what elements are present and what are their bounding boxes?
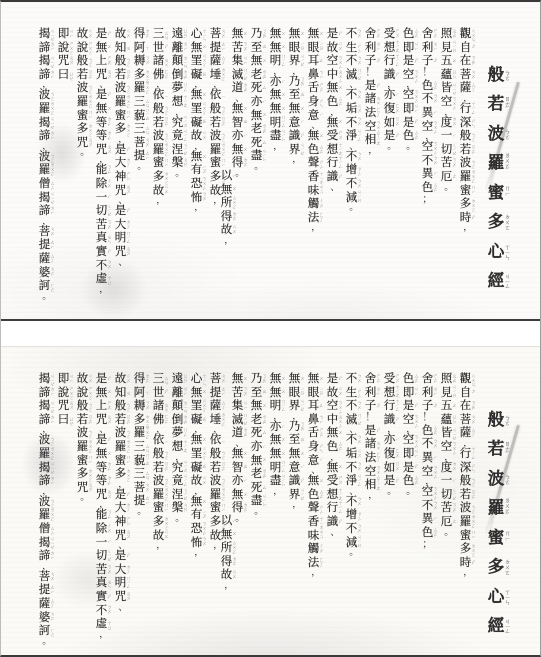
sutra-column-10: 無ㄨˊ眼ㄧㄢˇ界ㄐㄧㄝˋ，乃ㄋㄞˇ至ㄓˋ無ㄨˊ意ㄧˋ識ㄕˋ界ㄐㄧㄝˋ，	[288, 373, 301, 509]
sutra-char: 深ㄕㄣ	[459, 117, 472, 131]
punctuation-mark: ，	[329, 110, 342, 117]
sutra-char: 菩ㄆㄨˊ	[133, 482, 146, 496]
sutra-char: 蜜ㄇㄧˋ	[459, 185, 472, 199]
sutra-char: 智ㄓˋ	[231, 117, 244, 131]
sutra-char: 等ㄉㄥˇ	[95, 475, 108, 489]
sutra-char: 倒ㄉㄠˇ	[171, 414, 184, 428]
sutra-char: 多ㄉㄨㄛ	[459, 198, 472, 212]
sutra-char: 實ㄕˊ	[95, 246, 108, 260]
sutra-column-18: 三ㄙㄢ世ㄕˋ諸ㄓㄨ佛ㄈㄛˊ，依ㄧ般ㄅㄛ若ㄖㄜˇ波ㄅㄛ羅ㄌㄨㄛˊ蜜ㄇㄧˋ多ㄉㄨㄛ故…	[152, 28, 165, 205]
scanned-sutra-sheet: 般ㄅㄛ若ㄖㄜˇ波ㄅㄛ羅ㄌㄨㄛˊ蜜ㄇㄧˋ多ㄉㄨㄛ心ㄒㄧㄣ經ㄐㄧㄥ觀ㄍㄨㄢ自ㄗˋ在ㄗ…	[0, 0, 541, 657]
punctuation-mark: 。	[405, 489, 418, 496]
sutra-char: 無ㄨˊ	[190, 387, 203, 401]
sutra-char: 諸ㄓㄨ	[364, 93, 377, 107]
sutra-column-16: 心ㄒㄧㄣ無ㄨˊ罣ㄍㄨㄚˋ礙ㄞˋ，無ㄨˊ罣ㄍㄨㄚˋ礙ㄞˋ故ㄍㄨˋ，無ㄨˊ有ㄧㄡˇ恐…	[190, 28, 203, 212]
sutra-column-13: 無ㄨˊ苦ㄎㄨˇ集ㄐㄧˊ滅ㄇㄧㄝˋ道ㄉㄠˋ、無ㄨˊ智ㄓˋ亦ㄧˋ無ㄨˊ得ㄉㄜˊ。	[231, 373, 244, 523]
sutra-char: 揭ㄐㄧㄝ	[38, 462, 51, 476]
sutra-char: 蘊ㄩㄣˋ	[440, 69, 453, 83]
sutra-char: 故ㄍㄨˋ	[114, 373, 127, 387]
sutra-char: 耨ㄋㄡˋ	[133, 55, 146, 69]
sutra-char: 蜜ㄇㄧˋ	[76, 110, 89, 124]
sutra-char: 亦ㄧˋ	[231, 130, 244, 144]
sutra-char: 集ㄐㄧˊ	[231, 400, 244, 414]
sutra-char: 無ㄨˊ	[269, 373, 282, 387]
sutra-char: 不ㄅㄨˊ	[421, 500, 434, 514]
sutra-char: 若ㄖㄜˇ	[114, 69, 127, 83]
punctuation-mark: ，	[41, 219, 54, 226]
sutra-char: 乃ㄋㄞˇ	[250, 28, 263, 42]
sutra-char: 波ㄅㄛ	[459, 502, 472, 516]
sutra-char: 藐ㄇㄧㄠˇ	[133, 110, 146, 124]
punctuation-mark: 。	[443, 185, 456, 192]
sutra-char: 般ㄅㄛ	[76, 55, 89, 69]
sutra-char: 三ㄙㄢ	[133, 441, 146, 455]
punctuation-mark: ，	[193, 144, 206, 151]
sutra-char: 波ㄅㄛ	[209, 130, 222, 144]
sutra-char: 遠ㄩㄢˇ	[171, 373, 184, 387]
sutra-char: 恐ㄎㄨㄥˇ	[190, 523, 203, 537]
sutra-char: 依ㄧ	[152, 89, 165, 103]
sutra-char: 生ㄕㄥ	[345, 387, 358, 401]
sutra-char: 如ㄖㄨˊ	[383, 117, 396, 131]
sutra-char: 意ㄧˋ	[288, 462, 301, 476]
sutra-column-3: 舍ㄕㄜˋ利ㄌㄧˋ子ㄗˇ！色ㄙㄜˋ不ㄅㄨˊ異ㄧˋ空ㄎㄨㄥ，空ㄎㄨㄥ不ㄅㄨˊ異ㄧˋ色…	[421, 373, 434, 552]
sutra-char: 照ㄓㄠˋ	[440, 373, 453, 387]
sutra-char: 是ㄕˋ	[402, 117, 415, 131]
sutra-char: 觸ㄔㄨˋ	[307, 543, 320, 557]
sutra-char: 心ㄒㄧㄣ	[190, 373, 203, 387]
sutra-char: 般ㄅㄛ	[114, 400, 127, 414]
punctuation-mark: ，	[117, 482, 130, 489]
sutra-char: 礙ㄞˋ	[190, 462, 203, 476]
sutra-char: 空ㄎㄨㄥ	[402, 434, 415, 448]
sutra-char: 波ㄅㄛ	[76, 427, 89, 441]
punctuation-mark: ，	[41, 564, 54, 571]
sutra-char: 說ㄕㄨㄛ	[76, 42, 89, 56]
sutra-char: 上ㄕㄤˋ	[95, 55, 108, 69]
punctuation-mark: ，	[462, 96, 475, 103]
punctuation-mark: ！	[421, 69, 434, 80]
sutra-char: 色ㄙㄜˋ	[307, 489, 320, 503]
sutra-char: 是ㄕˋ	[114, 550, 127, 564]
sutra-char: 恐ㄎㄨㄥˇ	[190, 178, 203, 192]
sutra-char: 無ㄨˊ	[250, 110, 263, 124]
sutra-char: 般ㄅㄛ	[152, 448, 165, 462]
sutra-char: 如ㄖㄨˊ	[383, 462, 396, 476]
punctuation-mark: ，	[310, 570, 323, 577]
sutra-char: 皆ㄐㄧㄝ	[440, 82, 453, 96]
sutra-column-9: 無ㄨˊ眼ㄧㄢˇ耳ㄦˇ鼻ㄅㄧˊ舌ㄕㄜˊ身ㄕㄣ意ㄧˋ、無ㄨˊ色ㄙㄜˋ聲ㄕㄥ香ㄒㄧㄤ味…	[307, 373, 320, 577]
punctuation-mark: ，	[174, 110, 187, 117]
sutra-column-18: 三ㄙㄢ世ㄕˋ諸ㄓㄨ佛ㄈㄛˊ，依ㄧ般ㄅㄛ若ㄖㄜˇ波ㄅㄛ羅ㄌㄨㄛˊ蜜ㄇㄧˋ多ㄉㄨㄛ故…	[152, 373, 165, 550]
sutra-char: 真ㄓㄣ	[95, 577, 108, 591]
sutra-char: 觸ㄔㄨˋ	[307, 198, 320, 212]
sutra-char: 是ㄕˋ	[364, 80, 377, 94]
sutra-char: 眼ㄧㄢˇ	[288, 387, 301, 401]
sutra-char: 無ㄨˊ	[307, 475, 320, 489]
sutra-char: 聲ㄕㄥ	[307, 157, 320, 171]
sutra-char: 空ㄎㄨㄥ	[402, 89, 415, 103]
sutra-char: 無ㄨˊ	[95, 103, 108, 117]
sutra-char: 集ㄐㄧˊ	[231, 55, 244, 69]
sutra-char: 無ㄨˊ	[231, 489, 244, 503]
sutra-char: 等ㄉㄥˇ	[95, 462, 108, 476]
sutra-char: 三ㄙㄢ	[133, 96, 146, 110]
sutra-char: 依ㄧ	[209, 434, 222, 448]
sutra-column-24: 揭ㄐㄧㄝ諦ㄉㄧˋ揭ㄐㄧㄝ諦ㄉㄧˋ，波ㄅㄛ羅ㄌㄨㄛˊ揭ㄐㄧㄝ諦ㄉㄧˋ，波ㄅㄛ羅ㄌㄨ…	[38, 28, 51, 301]
sutra-char: 是ㄕˋ	[326, 28, 339, 42]
sutra-char: 滅ㄇㄧㄝˋ	[231, 414, 244, 428]
sutra-char: 香ㄒㄧㄤ	[307, 171, 320, 185]
sutra-char: 無ㄨˊ	[269, 89, 282, 103]
sutra-char: 死ㄙˇ	[250, 137, 263, 151]
sutra-char: 老ㄌㄠˇ	[250, 468, 263, 482]
sutra-char: 至ㄓˋ	[288, 89, 301, 103]
sutra-char: 垢ㄍㄡˋ	[345, 103, 358, 117]
punctuation-mark: 、	[117, 260, 130, 267]
sutra-char: 諸ㄓㄨ	[364, 438, 377, 452]
sutra-char: 羅ㄌㄨㄛˊ	[152, 144, 165, 158]
sutra-column-19: 得ㄉㄜˊ阿ㄚ耨ㄋㄡˋ多ㄉㄨㄛ羅ㄌㄨㄛˊ三ㄙㄢ藐ㄇㄧㄠˇ三ㄙㄢ菩ㄆㄨˊ提ㄊㄧˊ。	[133, 373, 146, 516]
sutra-column-23: 即ㄐㄧˊ說ㄕㄨㄛ咒ㄓㄡˋ曰ㄩㄝ	[57, 28, 70, 82]
sutra-column-7: 不ㄅㄨˋ生ㄕㄥ不ㄅㄨˊ滅ㄇㄧㄝˋ、不ㄅㄨˊ垢ㄍㄡˋ不ㄅㄨˊ淨ㄐㄧㄥˋ、不ㄅㄨˋ增…	[345, 373, 358, 557]
sutra-char: 一ㄧˊ	[440, 130, 453, 144]
punctuation-mark: ，	[98, 287, 111, 294]
sutra-char: 空ㄎㄨㄥ	[364, 121, 377, 135]
sutra-char: 無ㄨˊ	[269, 28, 282, 42]
sutra-char: 無ㄨˊ	[190, 42, 203, 56]
sutra-char: 不ㄅㄨˊ	[345, 117, 358, 131]
sutra-char: 三ㄙㄢ	[133, 123, 146, 137]
sutra-column-17: 遠ㄩㄢˇ離ㄌㄧˊ顛ㄉㄧㄢ倒ㄉㄠˇ夢ㄇㄥˋ想ㄒㄧㄤˇ，究ㄐㄧㄡˋ竟ㄐㄧㄥˋ涅ㄋㄧㄝ…	[171, 28, 184, 178]
sutra-char: 耨ㄋㄡˋ	[133, 400, 146, 414]
sutra-char: 若ㄖㄜˇ	[209, 117, 222, 131]
sutra-char: 等ㄉㄥˇ	[95, 130, 108, 144]
sutra-char: 行ㄒㄧㄥˊ	[459, 448, 472, 462]
sutra-char: 空ㄎㄨㄥ	[326, 55, 339, 69]
sutra-char: 波ㄅㄛ	[76, 82, 89, 96]
sutra-char: 實ㄕˊ	[95, 591, 108, 605]
sutra-char: 般ㄅㄛ	[209, 103, 222, 117]
sutra-char: 除ㄔㄨˊ	[95, 523, 108, 537]
sutra-char: 提ㄊㄧˊ	[38, 584, 51, 598]
sutra-char: 波ㄅㄛ	[38, 151, 51, 165]
punctuation-mark: ，	[443, 455, 456, 462]
sutra-char: 能ㄋㄥˊ	[95, 164, 108, 178]
sutra-char: 無ㄨˊ	[190, 89, 203, 103]
sutra-char: 無ㄨˊ	[288, 28, 301, 42]
sutra-char: 若ㄖㄜˇ	[209, 462, 222, 476]
sutra-char: 故ㄍㄨˋ	[326, 42, 339, 56]
sutra-char: 眼ㄧㄢˇ	[288, 42, 301, 56]
sutra-char: 遠ㄩㄢˇ	[171, 28, 184, 42]
sutra-char: 多ㄉㄨㄛ	[76, 468, 89, 482]
sutra-char: 知ㄓ	[114, 42, 127, 56]
sutra-char: 無ㄨˊ	[288, 373, 301, 387]
sutra-column-19: 得ㄉㄜˊ阿ㄚ耨ㄋㄡˋ多ㄉㄨㄛ羅ㄌㄨㄛˊ三ㄙㄢ藐ㄇㄧㄠˇ三ㄙㄢ菩ㄆㄨˊ提ㄊㄧˊ。	[133, 28, 146, 171]
sutra-char: 眼ㄧㄢˇ	[307, 42, 320, 56]
sutra-char: 罣ㄍㄨㄚˋ	[190, 55, 203, 69]
sutra-char: 菩ㄆㄨˊ	[209, 373, 222, 387]
sutra-char: 薩ㄙㄚˋ	[38, 598, 51, 612]
sutra-char: 多ㄉㄨㄛ	[487, 553, 505, 583]
sutra-page-copy-1: 般ㄅㄛ若ㄖㄜˇ波ㄅㄛ羅ㄌㄨㄛˊ蜜ㄇㄧˋ多ㄉㄨㄛ心ㄒㄧㄣ經ㄐㄧㄥ觀ㄍㄨㄢ自ㄗˋ在ㄗ…	[1, 2, 540, 321]
sutra-column-6: 舍ㄕㄜˋ利ㄌㄧˋ子ㄗˇ！是ㄕˋ諸ㄓㄨ法ㄈㄚˇ空ㄎㄨㄥ相ㄒㄧㄤˋ，	[364, 373, 377, 500]
sutra-char: 復ㄈㄨˋ	[383, 448, 396, 462]
punctuation-mark: 。	[136, 164, 149, 171]
punctuation-mark: ，	[193, 550, 206, 557]
sutra-char: 無ㄨˊ	[307, 373, 320, 387]
sutra-char: 至ㄓˋ	[250, 387, 263, 401]
sutra-char: 想ㄒㄧㄤˇ	[326, 489, 339, 503]
sutra-char: 揭ㄐㄧㄝ	[38, 28, 51, 42]
sutra-char: 心ㄒㄧㄣ	[487, 237, 505, 267]
sutra-char: 老ㄌㄠˇ	[250, 123, 263, 137]
sutra-char: 不ㄅㄨˋ	[345, 178, 358, 192]
punctuation-mark: 。	[443, 530, 456, 537]
sutra-char: 蜜ㄇㄧˋ	[114, 455, 127, 469]
sutra-char: 羅ㄌㄨㄛˊ	[133, 427, 146, 441]
punctuation-mark: ，	[223, 583, 236, 590]
sutra-char: 無ㄨˊ	[269, 434, 282, 448]
sutra-char: 苦ㄎㄨˇ	[95, 219, 108, 233]
sutra-char: 若ㄖㄜˇ	[76, 69, 89, 83]
sutra-char: 色ㄙㄜˋ	[402, 373, 415, 387]
punctuation-mark: 。	[41, 294, 54, 301]
sutra-char: 說ㄕㄨㄛ	[76, 387, 89, 401]
sutra-char: 般ㄅㄛ	[152, 103, 165, 117]
punctuation-mark: 。	[136, 509, 149, 516]
sutra-char: 利ㄌㄧˋ	[421, 387, 434, 401]
sutra-char: 至ㄓˋ	[250, 42, 263, 56]
sutra-column-11: 無ㄨˊ無ㄨˊ明ㄇㄧㄥˊ，亦ㄧˋ無ㄨˊ無ㄨˊ明ㄇㄧㄥˊ盡ㄐㄧㄣˋ，	[269, 373, 282, 496]
sutra-char: 般ㄅㄛ	[76, 400, 89, 414]
sutra-char: 夢ㄇㄥˋ	[171, 82, 184, 96]
sutra-char: 切ㄑㄧㄝˋ	[440, 489, 453, 503]
sutra-char: 自ㄗˋ	[459, 387, 472, 401]
sutra-char: 明ㄇㄧㄥˊ	[114, 577, 127, 591]
sutra-char: 異ㄧˋ	[421, 107, 434, 121]
sutra-char: 蜜ㄇㄧˋ	[114, 110, 127, 124]
punctuation-mark: 。	[253, 164, 266, 171]
sutra-char: 不ㄅㄨˋ	[345, 373, 358, 387]
sutra-char: 即ㄐㄧˊ	[57, 373, 70, 387]
sutra-char: 在ㄗㄞˋ	[459, 400, 472, 414]
sutra-char: 若ㄖㄜˇ	[152, 462, 165, 476]
sutra-char: 諦ㄉㄧˋ	[38, 387, 51, 401]
sutra-char: 波ㄅㄛ	[38, 89, 51, 103]
punctuation-mark: 、	[117, 605, 130, 612]
sutra-char: 羅ㄌㄨㄛˊ	[38, 103, 51, 117]
sutra-char: 即ㄐㄧˊ	[402, 448, 415, 462]
sutra-char: 不ㄅㄨˊ	[345, 434, 358, 448]
sutra-char: 死ㄙˇ	[250, 482, 263, 496]
sutra-column-6: 舍ㄕㄜˋ利ㄌㄧˋ子ㄗˇ！是ㄕˋ諸ㄓㄨ法ㄈㄚˇ空ㄎㄨㄥ相ㄒㄧㄤˋ，	[364, 28, 377, 155]
sutra-char: 般ㄅㄛ	[487, 405, 505, 435]
sutra-char: 乃ㄋㄞˇ	[250, 373, 263, 387]
sutra-char: 阿ㄚ	[133, 387, 146, 401]
punctuation-mark: ，	[310, 225, 323, 232]
sutra-char: 波ㄅㄛ	[487, 119, 505, 149]
punctuation-mark: 。	[386, 489, 399, 496]
sutra-char: 色ㄙㄜˋ	[307, 144, 320, 158]
sutra-char: 波ㄅㄛ	[114, 82, 127, 96]
sutra-char: 不ㄅㄨˊ	[345, 400, 358, 414]
sutra-char: 不ㄅㄨˊ	[421, 155, 434, 169]
sutra-char: 是ㄕˋ	[95, 434, 108, 448]
sutra-char: 多ㄉㄨㄛ	[209, 516, 222, 530]
sutra-char: 羅ㄌㄨㄛˊ	[487, 149, 505, 179]
punctuation-mark: 。	[79, 495, 92, 502]
sutra-column-22: 故ㄍㄨˋ說ㄕㄨㄛ般ㄅㄛ若ㄖㄜˇ波ㄅㄛ羅ㄌㄨㄛˊ蜜ㄇㄧˋ多ㄉㄨㄛ咒ㄓㄡˋ。	[76, 373, 89, 502]
sutra-char: 耳ㄦˇ	[307, 55, 320, 69]
sutra-char: 揭ㄐㄧㄝ	[38, 400, 51, 414]
punctuation-mark: ，	[462, 570, 475, 577]
sutra-char: 空ㄎㄨㄥ	[364, 466, 377, 480]
sutra-char: 無ㄨˊ	[269, 103, 282, 117]
sutra-char: 諸ㄓㄨ	[152, 400, 165, 414]
sutra-char: 中ㄓㄨㄥ	[326, 69, 339, 83]
sutra-char: 多ㄉㄨㄛ	[76, 123, 89, 137]
punctuation-mark: ，	[193, 205, 206, 212]
punctuation-mark: ；	[421, 196, 434, 207]
punctuation-mark: ；	[421, 541, 434, 552]
punctuation-mark: 。	[253, 509, 266, 516]
sutra-char: 味ㄨㄟˋ	[307, 530, 320, 544]
sutra-char: 三ㄙㄢ	[152, 28, 165, 42]
sutra-char: 薩ㄙㄚˋ	[209, 400, 222, 414]
sutra-char: 度ㄉㄨˋ	[440, 462, 453, 476]
sutra-char: 有ㄧㄡˇ	[190, 164, 203, 178]
punctuation-mark: 。	[405, 144, 418, 151]
sutra-char: 羅ㄌㄨㄛˊ	[38, 164, 51, 178]
punctuation-mark: ，	[272, 144, 285, 151]
sutra-char: 羅ㄌㄨㄛˊ	[209, 144, 222, 158]
punctuation-mark: 。	[348, 205, 361, 212]
sutra-char: 中ㄓㄨㄥ	[326, 414, 339, 428]
sutra-char: 無ㄨˊ	[231, 103, 244, 117]
sutra-char: 無ㄨˊ	[231, 144, 244, 158]
sutra-char: 曰ㄩㄝ	[57, 69, 70, 83]
punctuation-mark: ，	[272, 69, 285, 76]
sutra-char: 無ㄨˊ	[190, 496, 203, 510]
punctuation-mark: ，	[291, 414, 304, 421]
sutra-char: 是ㄕˋ	[114, 205, 127, 219]
sutra-char: 色ㄙㄜˋ	[421, 80, 434, 94]
sutra-char: 若ㄖㄜˇ	[76, 414, 89, 428]
punctuation-mark: 。	[234, 171, 247, 178]
sutra-char: 波ㄅㄛ	[459, 157, 472, 171]
sutra-column-15: 菩ㄆㄨˊ提ㄊㄧˊ薩ㄙㄚˋ埵ㄉㄨㄛˇ，依ㄧ般ㄅㄛ若ㄖㄜˇ波ㄅㄛ羅ㄌㄨㄛˊ蜜ㄇㄧˋ多…	[209, 373, 222, 550]
sutra-char: 切ㄑㄧㄝˋ	[95, 205, 108, 219]
punctuation-mark: 。	[386, 144, 399, 151]
sutra-char: 亦ㄧˋ	[383, 434, 396, 448]
sutra-char: 味ㄨㄟˋ	[307, 185, 320, 199]
sutra-char: 深ㄕㄣ	[459, 462, 472, 476]
sutra-char: 有ㄧㄡˇ	[190, 509, 203, 523]
sutra-char: 不ㄅㄨˋ	[95, 605, 108, 619]
sutra-char: 聲ㄕㄥ	[307, 502, 320, 516]
punctuation-mark: 、	[234, 441, 247, 448]
sutra-char: 多ㄉㄨㄛ	[133, 414, 146, 428]
sutra-char: 得ㄉㄜˊ	[220, 556, 233, 570]
sutra-char: 鼻ㄅㄧˊ	[307, 414, 320, 428]
sutra-column-21: 是ㄕˋ無ㄨˊ上ㄕㄤˋ咒ㄓㄡˋ、是ㄕˋ無ㄨˊ等ㄉㄥˇ等ㄉㄥˇ咒ㄓㄡˋ，能ㄋㄥˊ除ㄔ…	[95, 373, 108, 639]
sutra-char: 自ㄗˋ	[459, 42, 472, 56]
sutra-column-11: 無ㄨˊ無ㄨˊ明ㄇㄧㄥˊ，亦ㄧˋ無ㄨˊ無ㄨˊ明ㄇㄧㄥˊ盡ㄐㄧㄣˋ，	[269, 28, 282, 151]
sutra-char: 離ㄌㄧˊ	[171, 387, 184, 401]
sutra-char: 羅ㄌㄨㄛˊ	[459, 171, 472, 185]
sutra-char: 見ㄐㄧㄢˋ	[440, 387, 453, 401]
punctuation-mark: ，	[212, 198, 225, 205]
sutra-char: 神ㄕㄣˊ	[114, 171, 127, 185]
sutra-char: 阿ㄚ	[133, 42, 146, 56]
sutra-char: 心ㄒㄧㄣ	[190, 28, 203, 42]
sutra-char: 僧ㄙㄥ	[38, 523, 51, 537]
sutra-char: 說ㄕㄨㄛ	[57, 387, 70, 401]
sutra-char: 無ㄨˊ	[95, 387, 108, 401]
sutra-char: 增ㄗㄥ	[345, 509, 358, 523]
sutra-char: 苦ㄎㄨˇ	[231, 387, 244, 401]
sutra-char: 倒ㄉㄠˇ	[171, 69, 184, 83]
sutra-char: 薩ㄙㄚˋ	[209, 55, 222, 69]
punctuation-mark: ，	[155, 198, 168, 205]
sutra-char: 行ㄒㄧㄥˊ	[383, 55, 396, 69]
sutra-char: 般ㄅㄛ	[209, 448, 222, 462]
sutra-char: 一ㄧˊ	[440, 475, 453, 489]
sutra-char: 色ㄙㄜˋ	[421, 425, 434, 439]
punctuation-mark: ，	[367, 148, 380, 155]
sutra-column-1: 觀ㄍㄨㄢ自ㄗˋ在ㄗㄞˋ菩ㄆㄨˊ薩ㄙㄚˋ，行ㄒㄧㄥˊ深ㄕㄣ般ㄅㄛ若ㄖㄜˇ波ㄅㄛ羅ㄌ…	[459, 28, 472, 232]
sutra-char: 無ㄨˊ	[269, 42, 282, 56]
sutra-char: 至ㄓˋ	[288, 434, 301, 448]
sutra-char: 無ㄨˊ	[326, 82, 339, 96]
sutra-char: 智ㄓˋ	[231, 462, 244, 476]
sutra-char: 亦ㄧˋ	[250, 441, 263, 455]
sutra-char: 舍ㄕㄜˋ	[364, 28, 377, 42]
sutra-char: 世ㄕˋ	[152, 387, 165, 401]
sutra-char: 利ㄌㄧˋ	[364, 387, 377, 401]
sutra-char: 蜜ㄇㄧˋ	[487, 178, 505, 208]
sutra-char: 羅ㄌㄨㄛˊ	[114, 441, 127, 455]
sutra-char: 行ㄒㄧㄥˊ	[383, 400, 396, 414]
sutra-char: 究ㄐㄧㄡˋ	[171, 117, 184, 131]
sutra-char: 羅ㄌㄨㄛˊ	[209, 489, 222, 503]
sutra-column-17: 遠ㄩㄢˇ離ㄌㄧˊ顛ㄉㄧㄢ倒ㄉㄠˇ夢ㄇㄥˋ想ㄒㄧㄤˇ，究ㄐㄧㄡˋ竟ㄐㄧㄥˋ涅ㄋㄧㄝ…	[171, 373, 184, 523]
punctuation-mark: ，	[41, 144, 54, 151]
sutra-char: 乃ㄋㄞˇ	[288, 421, 301, 435]
sutra-char: 復ㄈㄨˋ	[383, 103, 396, 117]
sutra-char: 蜜ㄇㄧˋ	[76, 455, 89, 469]
sutra-column-13: 無ㄨˊ苦ㄎㄨˇ集ㄐㄧˊ滅ㄇㄧㄝˋ道ㄉㄠˋ、無ㄨˊ智ㄓˋ亦ㄧˋ無ㄨˊ得ㄉㄜˊ。	[231, 28, 244, 178]
sutra-char: 波ㄅㄛ	[38, 496, 51, 510]
sutra-column-24: 揭ㄐㄧㄝ諦ㄉㄧˋ揭ㄐㄧㄝ諦ㄉㄧˋ，波ㄅㄛ羅ㄌㄨㄛˊ揭ㄐㄧㄝ諦ㄉㄧˋ，波ㄅㄛ羅ㄌㄨ…	[38, 373, 51, 646]
sutra-char: 無ㄨˊ	[307, 28, 320, 42]
sutra-char: 無ㄨˊ	[250, 455, 263, 469]
sutra-char: 得ㄉㄜˊ	[133, 28, 146, 42]
punctuation-mark: 、	[348, 489, 361, 496]
sutra-char: 羅ㄌㄨㄛˊ	[487, 494, 505, 524]
sutra-char: 究ㄐㄧㄡˋ	[171, 462, 184, 476]
punctuation-mark: ，	[98, 632, 111, 639]
ink-smudge-artifact	[53, 552, 123, 607]
sutra-char: 僧ㄙㄥ	[38, 178, 51, 192]
sutra-column-2: 照ㄓㄠˋ見ㄐㄧㄢˋ五ㄨˇ蘊ㄩㄣˋ皆ㄐㄧㄝ空ㄎㄨㄥ，度ㄉㄨˋ一ㄧˊ切ㄑㄧㄝˋ苦ㄎㄨ…	[440, 28, 453, 192]
sutra-char: 羅ㄌㄨㄛˊ	[459, 516, 472, 530]
sutra-char: 提ㄊㄧˊ	[38, 239, 51, 253]
sutra-char: 不ㄅㄨˊ	[345, 89, 358, 103]
sutra-char: 耳ㄦˇ	[307, 400, 320, 414]
